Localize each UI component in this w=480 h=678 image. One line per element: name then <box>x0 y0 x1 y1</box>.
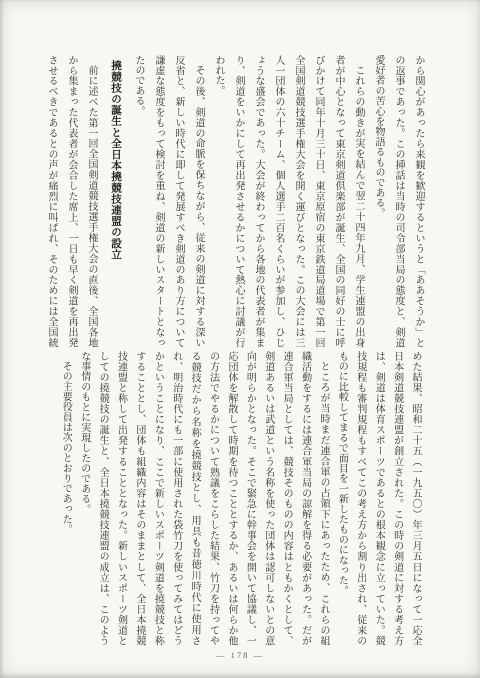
paragraph: 前に述べた第一回全国剣道競技選手権大会の直後、全国各地から集まった代表者が会合し… <box>48 55 101 348</box>
bottom-text-block: めた結果、昭和二十五（一九五〇）年三月五日になって一応全日本剣道競技連盟が創立さ… <box>56 351 424 646</box>
paragraph: ところが当時まだ連合軍の占領下にあったため、これらの組織活動をするには連合軍当局… <box>74 351 332 646</box>
paragraph: その主要役員は次のとおりであった。 <box>56 351 74 646</box>
scanned-book-page: から関心があったら来観を歓迎するというと「ああそうか」との返事であった。この挿話… <box>0 0 480 678</box>
paragraph: これらの動きが実を結んで翌二十四年九月、学生連盟の出身者が中心となって東京剣道倶… <box>208 55 368 348</box>
page-number: ― 178 ― <box>0 650 480 660</box>
paragraph-continuation: から関心があったら来観を歓迎するというと「ああそうか」との返事であった。この挿話… <box>368 55 428 348</box>
section-heading: 撓競技の誕生と全日本撓競技連盟の設立 <box>105 55 125 348</box>
top-text-block: から関心があったら来観を歓迎するというと「ああそうか」との返事であった。この挿話… <box>48 55 428 348</box>
paragraph: その後、剣道の命脈を保ちながら、従来の剣道に対する深い反省と、新しい時代に即して… <box>128 55 208 348</box>
paragraph-continuation: めた結果、昭和二十五（一九五〇）年三月五日になって一応全日本剣道競技連盟が創立さ… <box>332 351 424 646</box>
